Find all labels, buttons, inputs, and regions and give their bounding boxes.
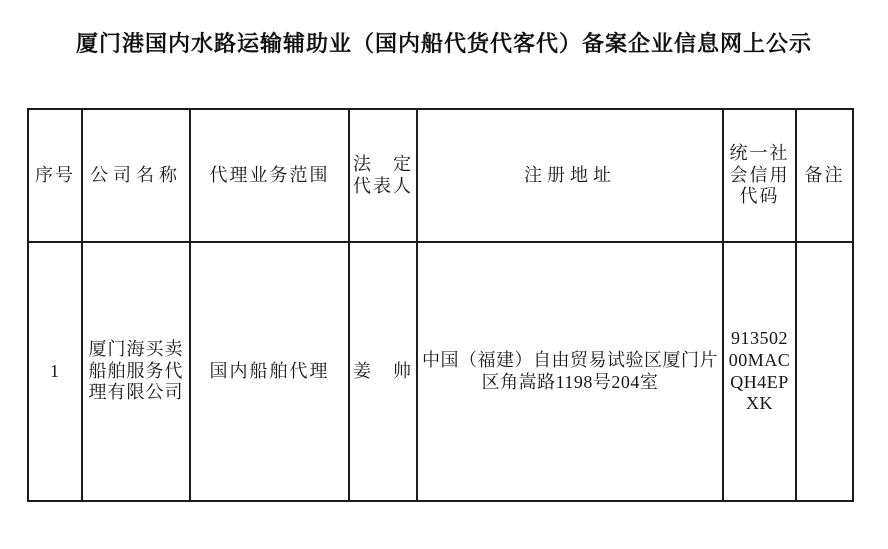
cell-seq: 1 <box>28 242 82 501</box>
cell-remarks <box>796 242 853 501</box>
header-agency-scope: 代理业务范围 <box>190 109 349 242</box>
page-title: 厦门港国内水路运输辅助业（国内船代货代客代）备案企业信息网上公示 <box>0 27 888 58</box>
document-page: { "title": "厦门港国内水路运输辅助业（国内船代货代客代）备案企业信息… <box>0 0 888 549</box>
header-company-name: 公司名称 <box>82 109 190 242</box>
cell-unified-social-credit-code: 913502 00MAC QH4EP XK <box>723 242 796 501</box>
header-seq: 序号 <box>28 109 82 242</box>
header-unified-social-credit-code: 统一社 会信用 代码 <box>723 109 796 242</box>
header-legal-representative: 法 定 代表人 <box>349 109 417 242</box>
header-remarks: 备注 <box>796 109 853 242</box>
header-registered-address: 注册地址 <box>417 109 723 242</box>
cell-company-name: 厦门海买卖 船舶服务代 理有限公司 <box>82 242 190 501</box>
cell-legal-representative: 姜 帅 <box>349 242 417 501</box>
table-row: 1 厦门海买卖 船舶服务代 理有限公司 国内船舶代理 姜 帅 中国（福建）自由贸… <box>28 242 853 501</box>
header-row: 序号 公司名称 代理业务范围 法 定 代表人 注册地址 统一社 会信用 代码 备… <box>28 109 853 242</box>
table-body: 1 厦门海买卖 船舶服务代 理有限公司 国内船舶代理 姜 帅 中国（福建）自由贸… <box>28 242 853 501</box>
table-header: 序号 公司名称 代理业务范围 法 定 代表人 注册地址 统一社 会信用 代码 备… <box>28 109 853 242</box>
cell-agency-scope: 国内船舶代理 <box>190 242 349 501</box>
registered-companies-table: 序号 公司名称 代理业务范围 法 定 代表人 注册地址 统一社 会信用 代码 备… <box>27 108 854 502</box>
cell-registered-address: 中国（福建）自由贸易试验区厦门片 区角嵩路1198号204室 <box>417 242 723 501</box>
